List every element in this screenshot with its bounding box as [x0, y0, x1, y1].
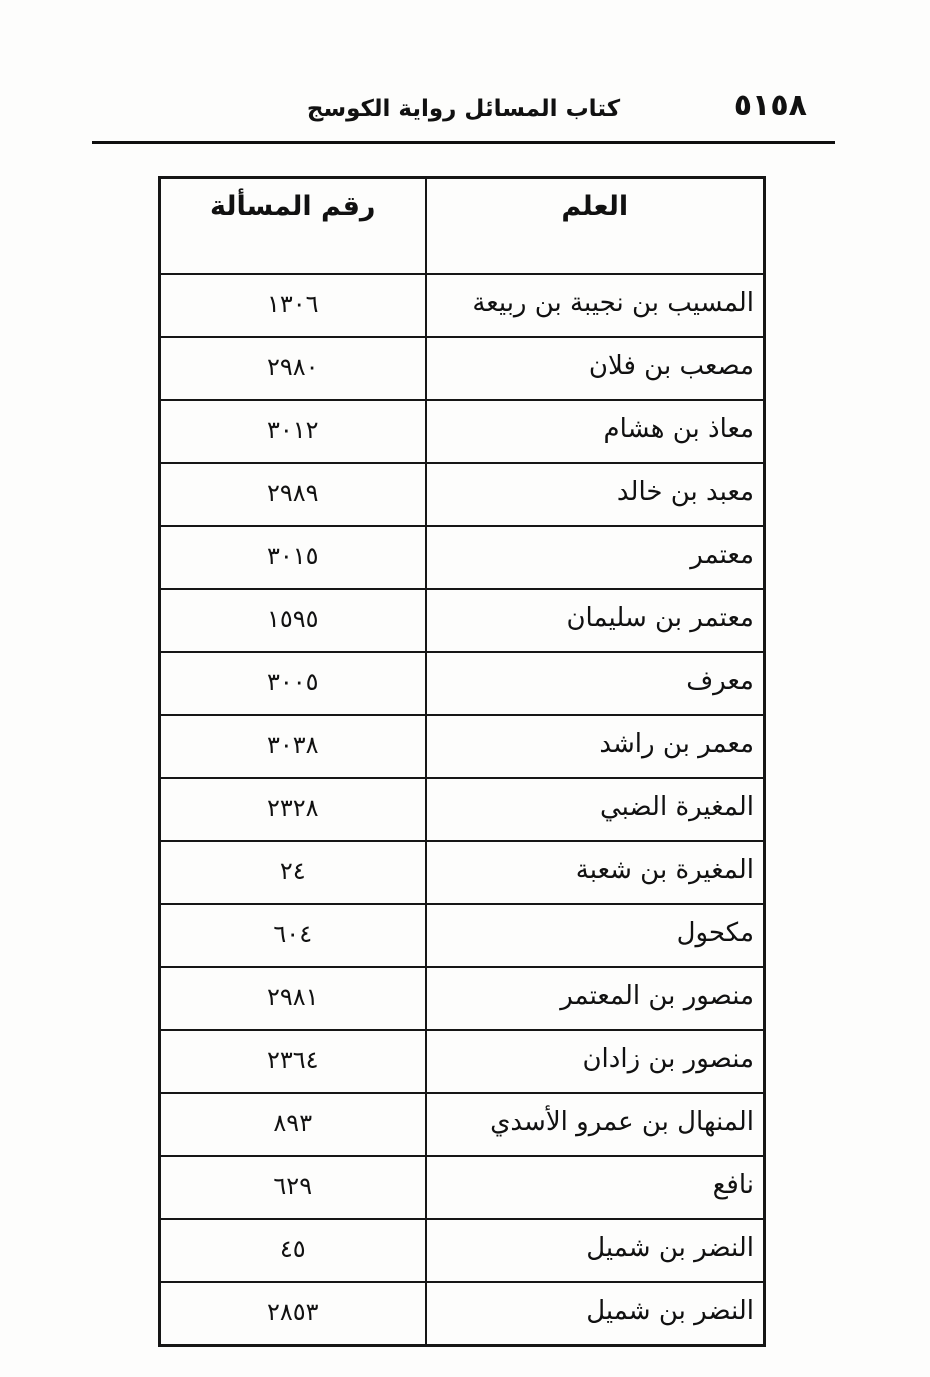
number-cell: ١٣٠٦: [160, 274, 426, 337]
name-cell: معتمر بن سليمان: [426, 589, 765, 652]
number-cell: ٣٠١٢: [160, 400, 426, 463]
number-cell: ٢٣٢٨: [160, 778, 426, 841]
name-cell: النضر بن شميل: [426, 1219, 765, 1282]
name-cell: معمر بن راشد: [426, 715, 765, 778]
page-number: ٥١٥٨: [734, 88, 807, 123]
name-cell: المغيرة بن شعبة: [426, 841, 765, 904]
number-cell: ٦٠٤: [160, 904, 426, 967]
number-cell: ٤٥: [160, 1219, 426, 1282]
index-table: العلم رقم المسألة المسيب بن نجيبة بن ربي…: [158, 176, 766, 1347]
column-header-number: رقم المسألة: [160, 178, 426, 275]
number-cell: ٣٠٠٥: [160, 652, 426, 715]
table-row: المغيرة بن شعبة ٢٤: [160, 841, 765, 904]
number-cell: ٢٨٥٣: [160, 1282, 426, 1346]
table-row: مكحول ٦٠٤: [160, 904, 765, 967]
table-row: المغيرة الضبي ٢٣٢٨: [160, 778, 765, 841]
name-cell: معتمر: [426, 526, 765, 589]
header-divider: [92, 141, 835, 144]
name-cell: المغيرة الضبي: [426, 778, 765, 841]
table-row: معاذ بن هشام ٣٠١٢: [160, 400, 765, 463]
header-row: العلم رقم المسألة: [160, 178, 765, 275]
number-cell: ٦٢٩: [160, 1156, 426, 1219]
table-row: معتمر ٣٠١٥: [160, 526, 765, 589]
number-cell: ٢٣٦٤: [160, 1030, 426, 1093]
name-cell: مصعب بن فلان: [426, 337, 765, 400]
table-body: المسيب بن نجيبة بن ربيعة ١٣٠٦ مصعب بن فل…: [160, 274, 765, 1346]
name-cell: منصور بن زادان: [426, 1030, 765, 1093]
column-header-name: العلم: [426, 178, 765, 275]
scanned-book-page: كتاب المسائل رواية الكوسج ٥١٥٨ العلم رقم…: [0, 0, 930, 1377]
number-cell: ٨٩٣: [160, 1093, 426, 1156]
table-row: المسيب بن نجيبة بن ربيعة ١٣٠٦: [160, 274, 765, 337]
table-row: معرف ٣٠٠٥: [160, 652, 765, 715]
page-title: كتاب المسائل رواية الكوسج: [92, 96, 835, 122]
number-cell: ٢٤: [160, 841, 426, 904]
table-row: المنهال بن عمرو الأسدي ٨٩٣: [160, 1093, 765, 1156]
number-cell: ٣٠٣٨: [160, 715, 426, 778]
name-cell: معبد بن خالد: [426, 463, 765, 526]
name-cell: معاذ بن هشام: [426, 400, 765, 463]
table-row: النضر بن شميل ٢٨٥٣: [160, 1282, 765, 1346]
number-cell: ١٥٩٥: [160, 589, 426, 652]
name-cell: المسيب بن نجيبة بن ربيعة: [426, 274, 765, 337]
table-row: منصور بن المعتمر ٢٩٨١: [160, 967, 765, 1030]
number-cell: ٢٩٨٩: [160, 463, 426, 526]
table-row: النضر بن شميل ٤٥: [160, 1219, 765, 1282]
name-cell: النضر بن شميل: [426, 1282, 765, 1346]
table-row: نافع ٦٢٩: [160, 1156, 765, 1219]
table-header: العلم رقم المسألة: [160, 178, 765, 275]
number-cell: ٣٠١٥: [160, 526, 426, 589]
running-head: كتاب المسائل رواية الكوسج ٥١٥٨: [92, 88, 835, 134]
name-cell: مكحول: [426, 904, 765, 967]
name-cell: منصور بن المعتمر: [426, 967, 765, 1030]
number-cell: ٢٩٨١: [160, 967, 426, 1030]
table-row: معبد بن خالد ٢٩٨٩: [160, 463, 765, 526]
name-cell: نافع: [426, 1156, 765, 1219]
table-row: معتمر بن سليمان ١٥٩٥: [160, 589, 765, 652]
name-cell: المنهال بن عمرو الأسدي: [426, 1093, 765, 1156]
number-cell: ٢٩٨٠: [160, 337, 426, 400]
name-cell: معرف: [426, 652, 765, 715]
table-row: منصور بن زادان ٢٣٦٤: [160, 1030, 765, 1093]
table-row: مصعب بن فلان ٢٩٨٠: [160, 337, 765, 400]
table-row: معمر بن راشد ٣٠٣٨: [160, 715, 765, 778]
